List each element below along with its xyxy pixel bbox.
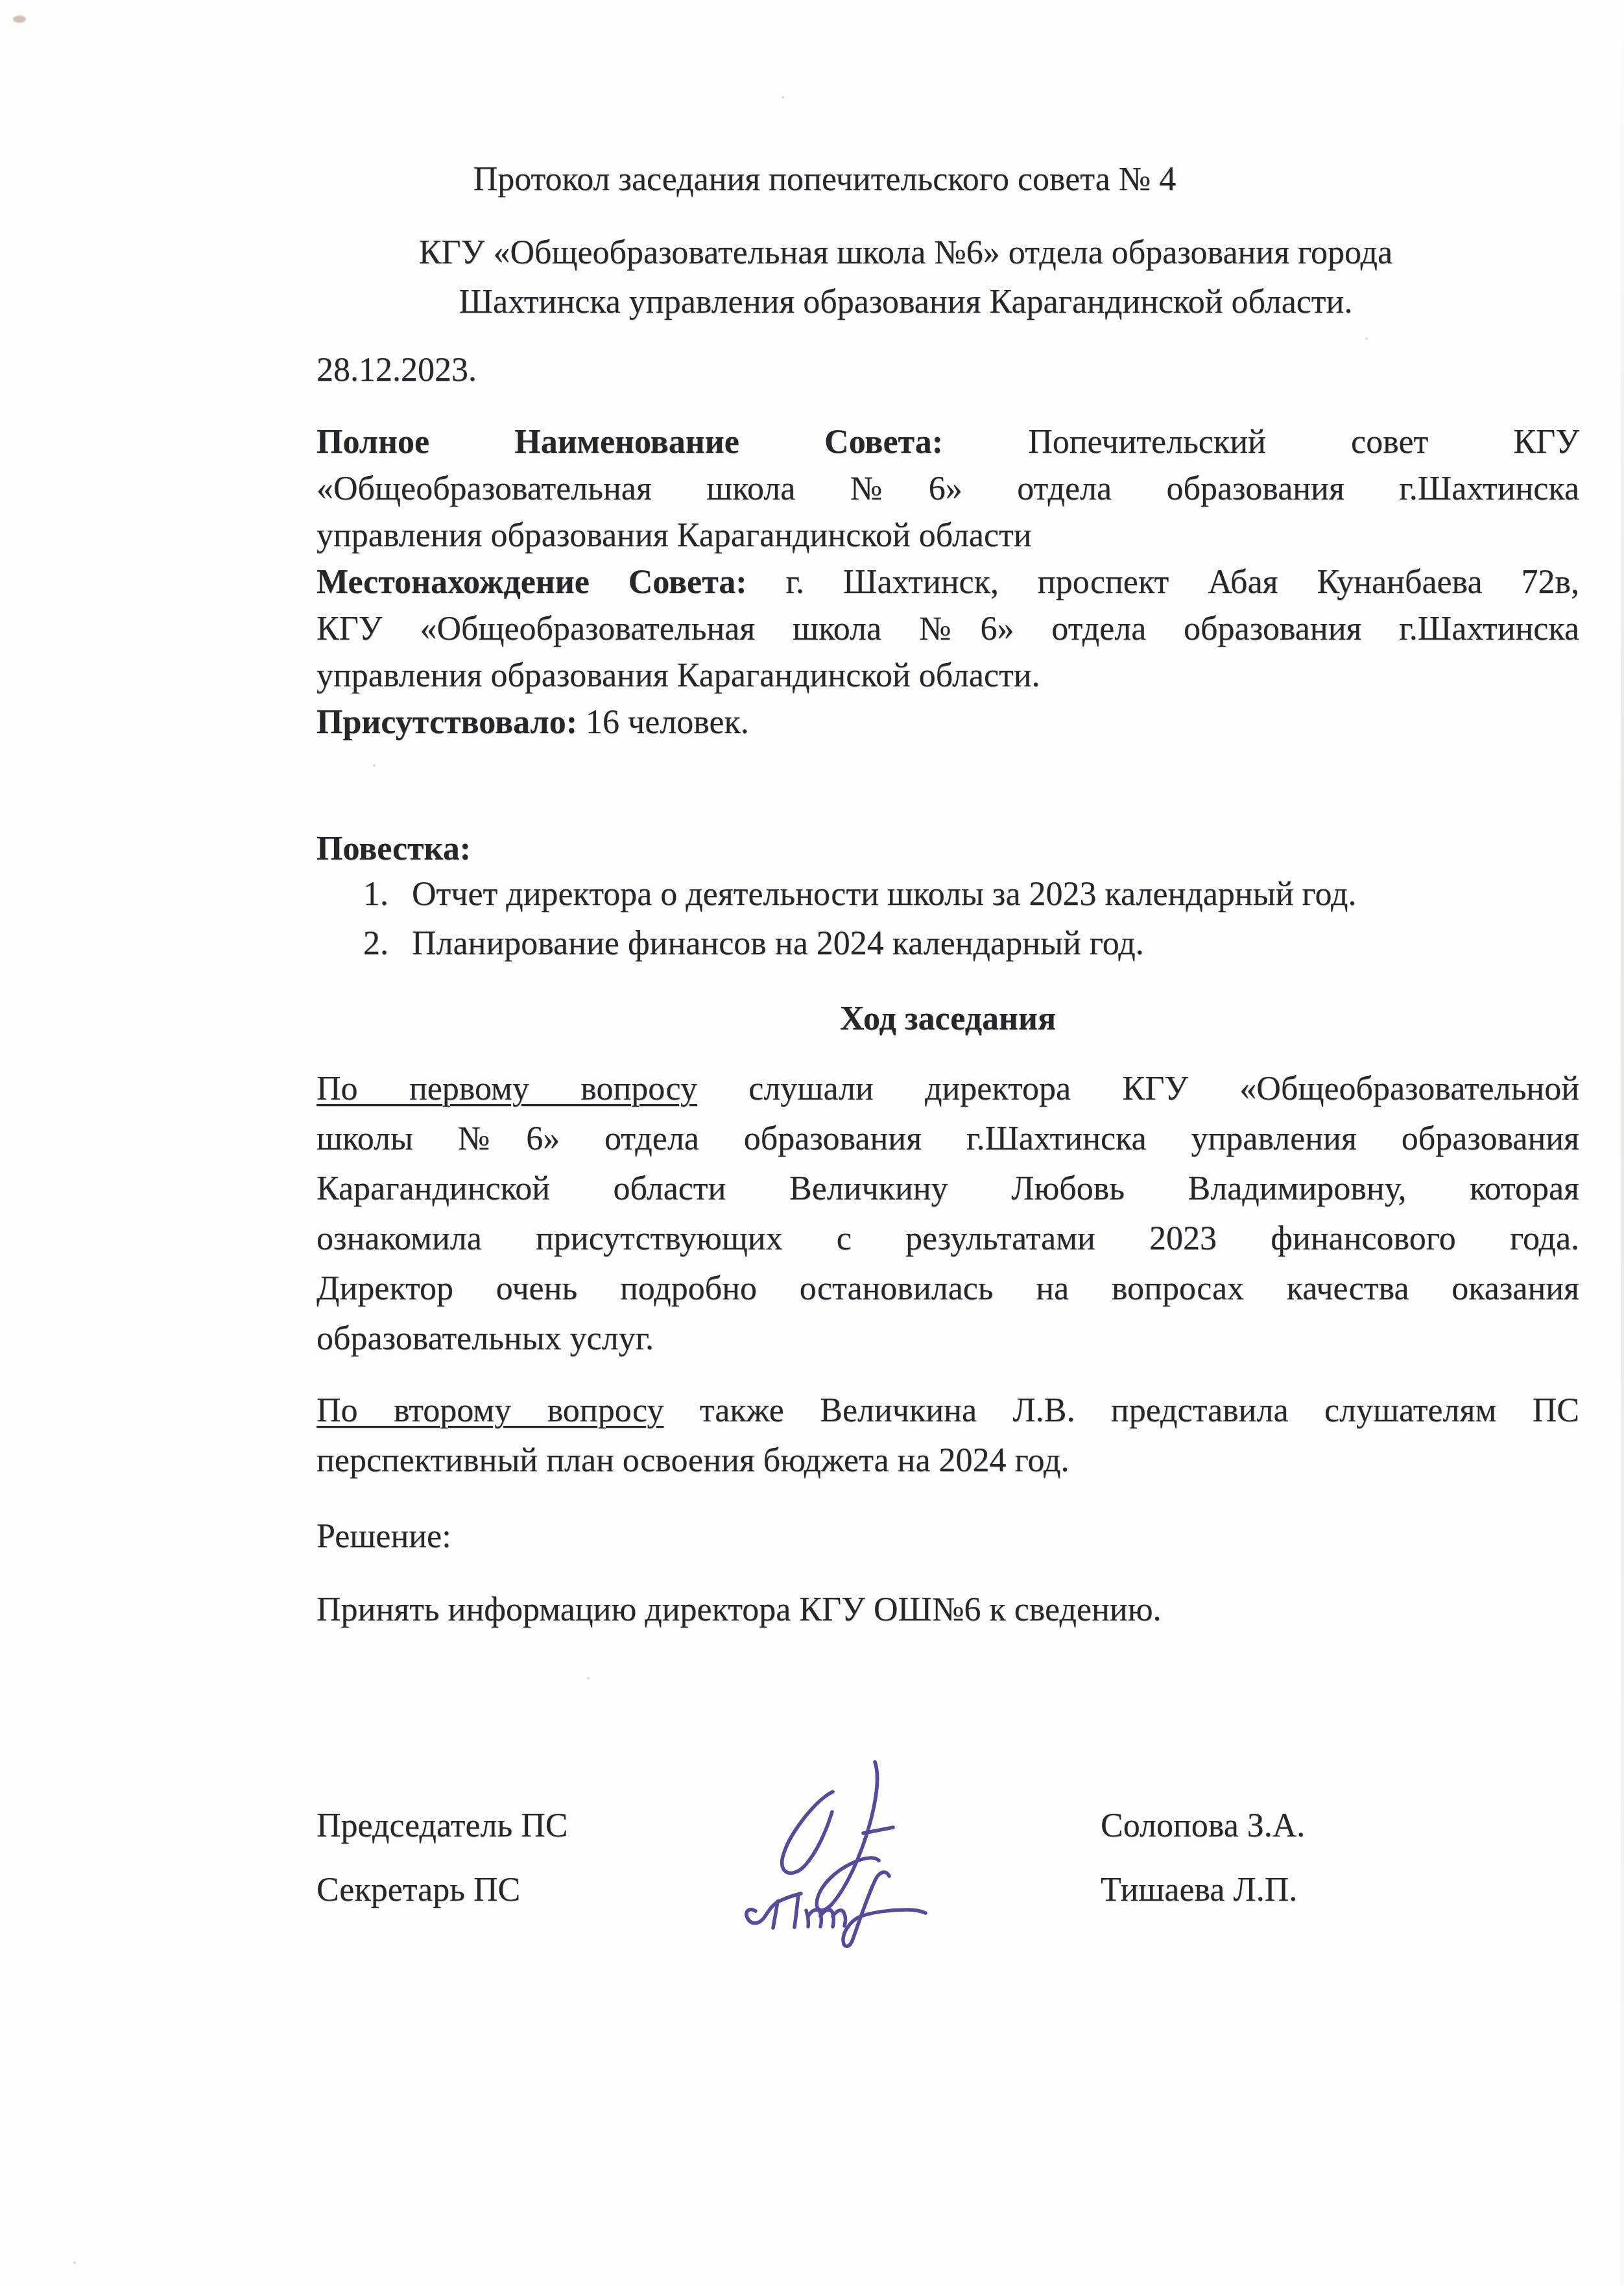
- scan-speck: [1365, 337, 1368, 340]
- text: школы №6» отдела образования г.Шахтинска…: [316, 1120, 1579, 1157]
- scan-speck: [587, 1677, 590, 1679]
- text-line: Карагандинской области Величкину Любовь …: [316, 1164, 1579, 1214]
- underlined-text: По второму вопросу: [316, 1392, 663, 1429]
- text: слушали директора КГУ «Общеобразовательн…: [697, 1070, 1579, 1107]
- text: перспективный план освоения бюджета на 2…: [316, 1442, 1069, 1479]
- signature-ink: [746, 1762, 925, 1946]
- text: г. Шахтинск, проспект Абая Кунанбаева 72…: [747, 564, 1579, 601]
- first-question-paragraph: По первому вопросу слушали директора КГУ…: [316, 1064, 1579, 1364]
- text-line: школы №6» отдела образования г.Шахтинска…: [316, 1114, 1579, 1164]
- agenda-heading: Повестка:: [316, 826, 1579, 872]
- text-line: Местонахождение Совета: г. Шахтинск, про…: [316, 559, 1579, 606]
- text: КГУ «Общеобразовательная школа №6» отдел…: [316, 610, 1579, 647]
- bold-text: Полное Наименование Совета:: [316, 424, 943, 461]
- scanned-protocol-page: Протокол заседания попечительского совет…: [0, 0, 1624, 2286]
- text-line: управления образования Карагандинской об…: [316, 512, 1579, 559]
- text: также Величкина Л.В. представила слушате…: [663, 1392, 1579, 1429]
- signature-name: Солопова З.А.: [1101, 1801, 1305, 1851]
- agenda-item-number: 2.: [363, 919, 412, 969]
- signature-name: Тишаева Л.П.: [1101, 1865, 1297, 1915]
- underlined-text: По первому вопросу: [316, 1070, 697, 1107]
- document-title: Протокол заседания попечительского совет…: [193, 156, 1456, 204]
- agenda-item-text: Планирование финансов на 2024 календарны…: [412, 919, 1579, 969]
- subtitle-line: КГУ «Общеобразовательная школа №6» отдел…: [274, 228, 1537, 278]
- council-info-paragraphs: Полное Наименование Совета: Попечительск…: [316, 419, 1579, 746]
- text: «Общеобразовательная школа №6» отдела об…: [316, 470, 1579, 507]
- session-heading: Ход заседания: [316, 994, 1579, 1044]
- decision-heading: Решение:: [316, 1511, 1579, 1561]
- scan-speck: [373, 764, 376, 767]
- agenda-item: 1. Отчет директора о деятельности школы …: [316, 870, 1579, 919]
- text-line: перспективный план освоения бюджета на 2…: [316, 1436, 1579, 1486]
- text-line: КГУ «Общеобразовательная школа №6» отдел…: [316, 606, 1579, 653]
- agenda-item-text: Отчет директора о деятельности школы за …: [412, 870, 1579, 919]
- agenda-item: 2. Планирование финансов на 2024 календа…: [316, 919, 1579, 969]
- text-line: ознакомила присутствующих с результатами…: [316, 1214, 1579, 1264]
- text: управления образования Карагандинской об…: [316, 517, 1032, 554]
- text: управления образования Карагандинской об…: [316, 657, 1040, 694]
- text-line: управления образования Карагандинской об…: [316, 653, 1579, 699]
- text: ознакомила присутствующих с результатами…: [316, 1220, 1579, 1257]
- scan-speck: [73, 2261, 76, 2264]
- agenda-item-number: 1.: [363, 870, 412, 919]
- document-subtitle: КГУ «Общеобразовательная школа №6» отдел…: [274, 228, 1537, 327]
- text-line: По первому вопросу слушали директора КГУ…: [316, 1064, 1579, 1114]
- bold-text: Местонахождение Совета:: [316, 564, 747, 601]
- text-line: «Общеобразовательная школа №6» отдела об…: [316, 466, 1579, 512]
- text: образовательных услуг.: [316, 1320, 654, 1357]
- text-line: Директор очень подробно остановилась на …: [316, 1264, 1579, 1314]
- signature-role: Председатель ПС: [316, 1807, 567, 1844]
- document-date: 28.12.2023.: [316, 346, 477, 394]
- subtitle-line: Шахтинска управления образования Караган…: [274, 278, 1537, 327]
- decision-text: Принять информацию директора КГУ ОШ№6 к …: [316, 1585, 1579, 1635]
- scan-edge-shadow: [1621, 0, 1624, 2286]
- text-line: Полное Наименование Совета: Попечительск…: [316, 419, 1579, 466]
- text-line: Присутствовало: 16 человек.: [316, 699, 1579, 746]
- scan-smudge: [13, 16, 26, 23]
- signature-role: Секретарь ПС: [316, 1871, 520, 1908]
- bold-text: Присутствовало:: [316, 704, 577, 741]
- text-line: По второму вопросу также Величкина Л.В. …: [316, 1386, 1579, 1436]
- second-question-paragraph: По второму вопросу также Величкина Л.В. …: [316, 1386, 1579, 1486]
- text: Директор очень подробно остановилась на …: [316, 1270, 1579, 1307]
- handwritten-signatures: [720, 1748, 953, 1962]
- text: Попечительский совет КГУ: [943, 424, 1579, 461]
- text: Карагандинской области Величкину Любовь …: [316, 1170, 1579, 1207]
- scan-speck: [782, 96, 784, 99]
- agenda-list: 1. Отчет директора о деятельности школы …: [316, 870, 1579, 969]
- text: 16 человек.: [577, 704, 749, 741]
- text-line: образовательных услуг.: [316, 1314, 1579, 1364]
